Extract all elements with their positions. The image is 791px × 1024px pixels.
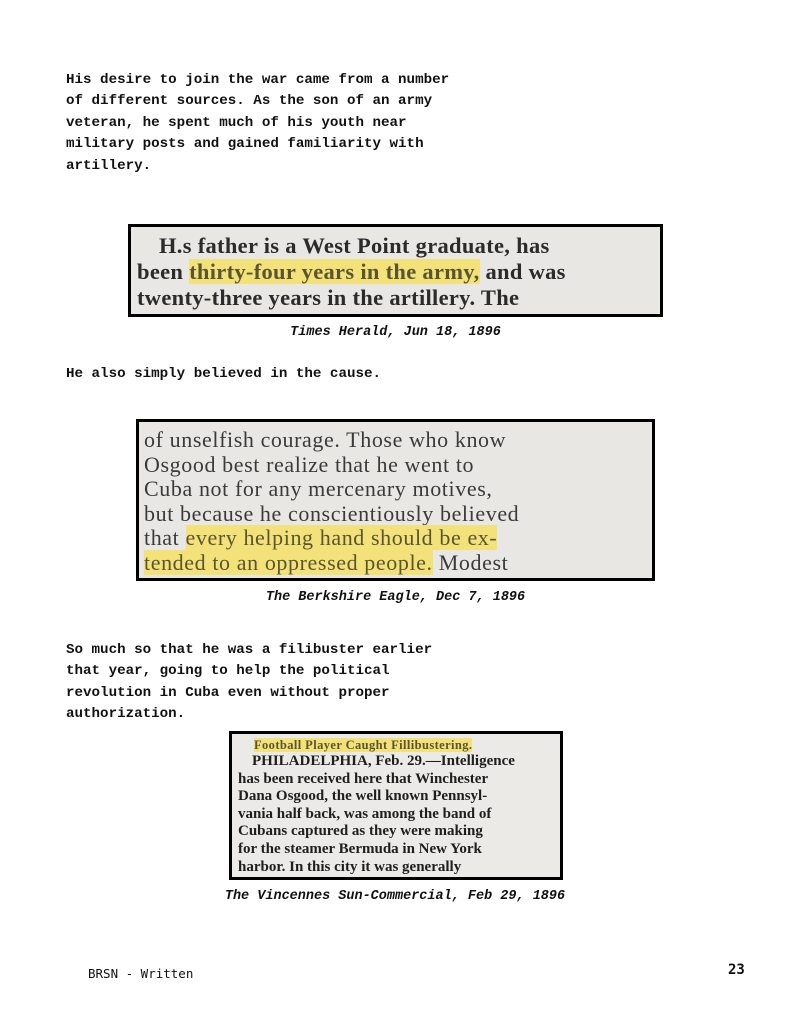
highlighted-text: tended to an oppressed people. xyxy=(144,550,433,575)
clipping-line: PHILADELPHIA, Feb. 29.—Intelligence xyxy=(238,753,560,771)
clipping-line: that every helping hand should be ex- xyxy=(144,526,652,551)
clipping-line: Dana Osgood, the well known Pennsyl- xyxy=(238,788,560,806)
clipping-line: Cubans captured as they were making xyxy=(238,823,560,841)
highlighted-text: every helping hand should be ex- xyxy=(186,525,498,550)
clipping-line: of unselfish courage. Those who know xyxy=(144,428,652,453)
highlighted-headline: Football Player Caught Fillibustering. xyxy=(254,738,472,752)
paragraph-filibuster: So much so that he was a filibuster earl… xyxy=(66,640,432,726)
clipping-text: and was xyxy=(480,259,566,284)
clipping-text: that xyxy=(144,525,186,550)
clipping-body: PHILADELPHIA, Feb. 29.—Intelligence has … xyxy=(238,753,560,876)
clipping-line: Cuba not for any mercenary motives, xyxy=(144,477,652,502)
newspaper-clipping-times-herald: H.s father is a West Point graduate, has… xyxy=(128,224,663,317)
page-number: 23 xyxy=(728,962,745,978)
clipping-text: twenty-three years in the artillery. The xyxy=(137,285,519,310)
clipping-line: vania half back, was among the band of xyxy=(238,806,560,824)
footer-label: BRSN - Written xyxy=(88,966,193,981)
clipping-text: Osgood best realize that he went to xyxy=(144,452,474,477)
caption-berkshire-eagle: The Berkshire Eagle, Dec 7, 1896 xyxy=(136,590,655,605)
paragraph-intro: His desire to join the war came from a n… xyxy=(66,70,449,177)
newspaper-clipping-vincennes: Football Player Caught Fillibustering. P… xyxy=(229,731,563,880)
clipping-line: Osgood best realize that he went to xyxy=(144,453,652,478)
clipping-line: but because he conscientiously believed xyxy=(144,502,652,527)
paragraph-cause: He also simply believed in the cause. xyxy=(66,364,381,385)
clipping-text: Cuba not for any mercenary motives, xyxy=(144,476,492,501)
clipping-line: H.s father is a West Point graduate, has xyxy=(137,233,660,259)
caption-times-herald: Times Herald, Jun 18, 1896 xyxy=(128,325,663,340)
clipping-text: H.s father is a West Point graduate, has xyxy=(159,233,550,258)
clipping-text: Modest xyxy=(433,550,509,575)
newspaper-clipping-berkshire-eagle: of unselfish courage. Those who know Osg… xyxy=(136,419,655,581)
highlighted-text: thirty-four years in the army, xyxy=(189,259,479,284)
clipping-line: been thirty-four years in the army, and … xyxy=(137,259,660,285)
caption-vincennes: The Vincennes Sun-Commercial, Feb 29, 18… xyxy=(120,889,670,904)
clipping-line: harbor. In this city it was generally xyxy=(238,859,560,877)
clipping-line: for the steamer Bermuda in New York xyxy=(238,841,560,859)
clipping-line: twenty-three years in the artillery. The xyxy=(137,285,660,311)
clipping-headline: Football Player Caught Fillibustering. xyxy=(238,737,560,753)
clipping-text: been xyxy=(137,259,189,284)
clipping-line: tended to an oppressed people. Modest xyxy=(144,551,652,576)
clipping-text: but because he conscientiously believed xyxy=(144,501,519,526)
clipping-line: has been received here that Winchester xyxy=(238,771,560,789)
clipping-text: of unselfish courage. Those who know xyxy=(144,427,506,452)
